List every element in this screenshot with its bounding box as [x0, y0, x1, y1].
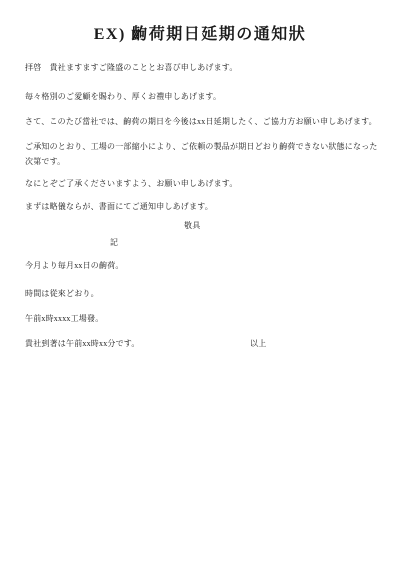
letter-page: EX) 齣荷期日延期の通知狀 拝啓 貴社ますますご隆盛のこととお喜び申しあげます… [0, 0, 400, 565]
greeting-line: 拝啓 貴社ますますご隆盛のこととお喜び申しあげます。 [25, 62, 238, 73]
detail-line-time: 時間は從來どおり。 [25, 288, 99, 299]
reason-line-1: ご承知のとおり、工場の一部縮小により、ご依頼の製品が期日どおり齣荷できない狀態に… [25, 141, 378, 152]
letter-title: EX) 齣荷期日延期の通知狀 [0, 21, 400, 44]
ijou-closing: 以上 [250, 338, 266, 349]
keigu-signoff: 敬具 [184, 220, 200, 231]
reason-line-2: 次第です。 [25, 156, 65, 167]
ki-heading: 記 [110, 237, 118, 248]
detail-line-departure: 午前x時xxxx工場發。 [25, 313, 103, 324]
detail-line-shipping-day: 今月より毎月xx日の齣荷。 [25, 260, 124, 271]
thanks-line: 毎々格別のご愛顧を賜わり、厚くお禮申しあげます。 [25, 91, 221, 102]
closing-line: まずは略儀ならが、書面にてご通知申しあげます。 [25, 201, 213, 212]
announcement-line: さて、このたび當社では、齣荷の期日を今後はxx日延期したく、ご協力方お願い申しあ… [25, 116, 377, 127]
request-line: なにとぞご了承くださいますよう、お願い申しあげます。 [25, 178, 238, 189]
detail-line-arrival: 貴社到著は午前xx時xx分です。 [25, 338, 140, 349]
